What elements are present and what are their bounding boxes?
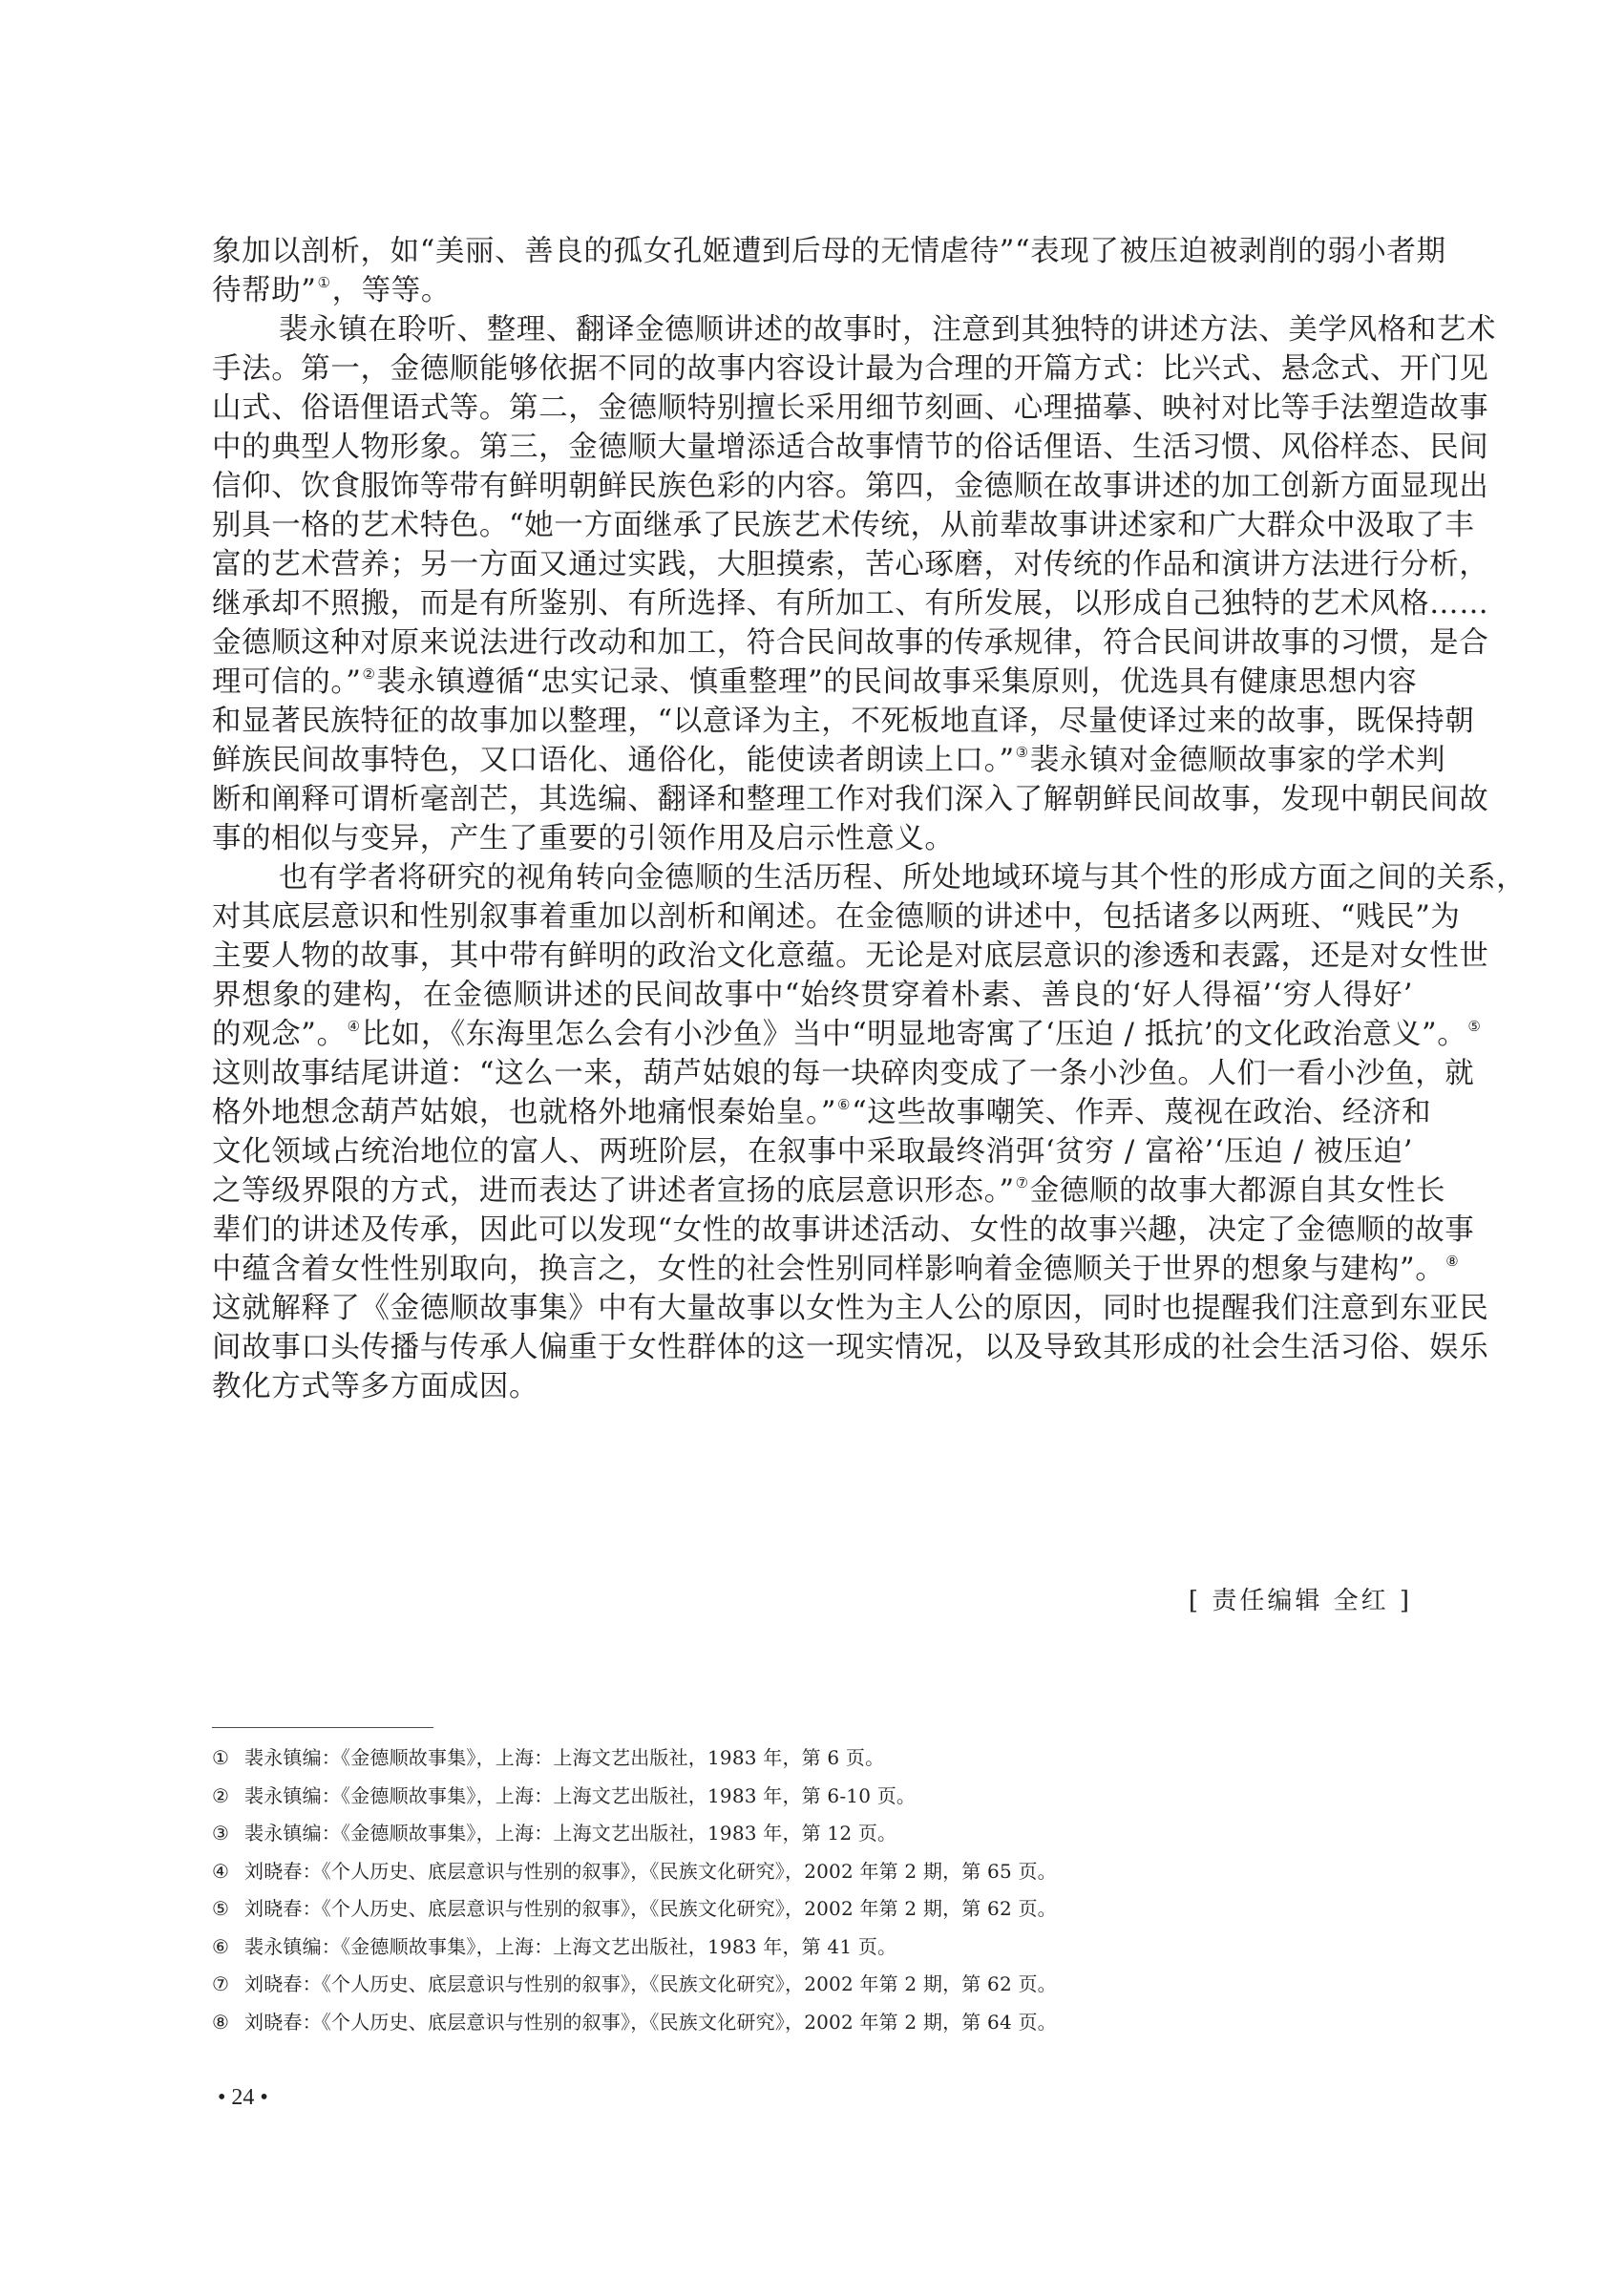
footnote-marker: ⑧ bbox=[212, 2004, 244, 2042]
footnote-item: ④ 刘晓春：《个人历史、底层意识与性别的叙事》，《民族文化研究》，2002 年第… bbox=[212, 1853, 1262, 1891]
text-line: 待帮助”①，等等。 bbox=[212, 271, 1413, 310]
text-line: 文化领域占统治地位的富人、两班阶层，在叙事中采取最终消弭‘贫穷 / 富裕’‘压迫… bbox=[212, 1132, 1413, 1171]
footnote-marker: ⑥ bbox=[212, 1929, 244, 1967]
text-line: 辈们的讲述及传承，因此可以发现“女性的故事讲述活动、女性的故事兴趣，决定了金德顺… bbox=[212, 1211, 1413, 1250]
text-line: 中的典型人物形象。第三，金德顺大量增添适合故事情节的俗话俚语、生活习惯、风俗样态… bbox=[212, 428, 1413, 467]
text-line: 这就解释了《金德顺故事集》中有大量故事以女性为主人公的原因，同时也提醒我们注意到… bbox=[212, 1289, 1413, 1328]
footnote-text: 裴永镇编：《金德顺故事集》，上海：上海文艺出版社，1983 年，第 12 页。 bbox=[244, 1815, 896, 1853]
document-page: 象加以剖析，如“美丽、善良的孤女孔姬遭到后母的无情虐待”“表现了被压迫被剥削的弱… bbox=[0, 0, 1624, 2277]
text-line: 中蕴含着女性性别取向，换言之，女性的社会性别同样影响着金德顺关于世界的想象与建构… bbox=[212, 1250, 1413, 1289]
text-line: 教化方式等多方面成因。 bbox=[212, 1367, 1413, 1406]
text-line: 这则故事结尾讲道：“这么一来，葫芦姑娘的每一块碎肉变成了一条小沙鱼。人们一看小沙… bbox=[212, 1054, 1413, 1093]
footnote-text: 刘晓春：《个人历史、底层意识与性别的叙事》，《民族文化研究》，2002 年第 2… bbox=[244, 2004, 1057, 2042]
footnotes-list: ① 裴永镇编：《金德顺故事集》，上海：上海文艺出版社，1983 年，第 6 页。… bbox=[212, 1739, 1262, 2041]
text-line: 理可信的。”②裴永镇遵循“忠实记录、慎重整理”的民间故事采集原则，优选具有健康思… bbox=[212, 663, 1413, 702]
footnote-reference[interactable]: ⑦ bbox=[1016, 1174, 1029, 1191]
body-paragraph: 裴永镇在聆听、整理、翻译金德顺讲述的故事时，注意到其独特的讲述方法、美学风格和艺… bbox=[212, 310, 1413, 858]
footnote-reference[interactable]: ③ bbox=[1016, 744, 1029, 761]
footnote-item: ⑤ 刘晓春：《个人历史、底层意识与性别的叙事》，《民族文化研究》，2002 年第… bbox=[212, 1890, 1262, 1929]
page-number: • 24 • bbox=[218, 2085, 268, 2111]
text-line: 间故事口头传播与传承人偏重于女性群体的这一现实情况，以及导致其形成的社会生活习俗… bbox=[212, 1328, 1413, 1367]
footnote-text: 刘晓春：《个人历史、底层意识与性别的叙事》，《民族文化研究》，2002 年第 2… bbox=[244, 1966, 1057, 2004]
text-line: 继承却不照搬，而是有所鉴别、有所选择、有所加工、有所发展，以形成自己独特的艺术风… bbox=[212, 584, 1413, 623]
footnote-marker: ④ bbox=[212, 1853, 244, 1891]
text-line: 别具一格的艺术特色。“她一方面继承了民族艺术传统，从前辈故事讲述家和广大群众中汲… bbox=[212, 506, 1413, 545]
footnote-marker: ⑦ bbox=[212, 1966, 244, 2004]
body-paragraph: 也有学者将研究的视角转向金德顺的生活历程、所处地域环境与其个性的形成方面之间的关… bbox=[212, 858, 1413, 1406]
text-line: 裴永镇在聆听、整理、翻译金德顺讲述的故事时，注意到其独特的讲述方法、美学风格和艺… bbox=[212, 310, 1413, 349]
text-line: 信仰、饮食服饰等带有鲜明朝鲜民族色彩的内容。第四，金德顺在故事讲述的加工创新方面… bbox=[212, 467, 1413, 506]
footnote-reference[interactable]: ② bbox=[362, 665, 375, 683]
footnote-reference[interactable]: ① bbox=[318, 274, 331, 291]
footnote-item: ⑧ 刘晓春：《个人历史、底层意识与性别的叙事》，《民族文化研究》，2002 年第… bbox=[212, 2004, 1262, 2042]
text-line: 主要人物的故事，其中带有鲜明的政治文化意蕴。无论是对底层意识的渗透和表露，还是对… bbox=[212, 937, 1413, 976]
text-line: 的观念”。④比如，《东海里怎么会有小沙鱼》当中“明显地寄寓了‘压迫 / 抵抗’的… bbox=[212, 1015, 1413, 1054]
footnote-item: ① 裴永镇编：《金德顺故事集》，上海：上海文艺出版社，1983 年，第 6 页。 bbox=[212, 1739, 1262, 1778]
text-line: 山式、俗语俚语式等。第二，金德顺特别擅长采用细节刻画、心理描摹、映衬对比等手法塑… bbox=[212, 389, 1413, 428]
footnote-item: ③ 裴永镇编：《金德顺故事集》，上海：上海文艺出版社，1983 年，第 12 页… bbox=[212, 1815, 1262, 1853]
text-line: 也有学者将研究的视角转向金德顺的生活历程、所处地域环境与其个性的形成方面之间的关… bbox=[212, 858, 1413, 897]
text-line: 对其底层意识和性别叙事着重加以剖析和阐述。在金德顺的讲述中，包括诸多以两班、“贱… bbox=[212, 897, 1413, 937]
footnote-reference[interactable]: ⑧ bbox=[1445, 1253, 1459, 1270]
footnote-marker: ⑤ bbox=[212, 1890, 244, 1929]
text-line: 事的相似与变异，产生了重要的引领作用及启示性意义。 bbox=[212, 819, 1413, 858]
text-line: 断和阐释可谓析毫剖芒，其选编、翻译和整理工作对我们深入了解朝鲜民间故事，发现中朝… bbox=[212, 780, 1413, 819]
footnote-text: 裴永镇编：《金德顺故事集》，上海：上海文艺出版社，1983 年，第 6-10 页… bbox=[244, 1778, 916, 1816]
text-line: 手法。第一，金德顺能够依据不同的故事内容设计最为合理的开篇方式：比兴式、悬念式、… bbox=[212, 349, 1413, 389]
article-body: 象加以剖析，如“美丽、善良的孤女孔姬遭到后母的无情虐待”“表现了被压迫被剥削的弱… bbox=[212, 232, 1413, 1406]
footnote-reference[interactable]: ④ bbox=[348, 1018, 361, 1035]
responsible-editor-note: [ 责任编辑 全红 ] bbox=[1189, 1581, 1412, 1616]
footnote-reference[interactable]: ⑤ bbox=[1467, 1018, 1481, 1035]
footnote-marker: ① bbox=[212, 1739, 244, 1778]
footnote-text: 裴永镇编：《金德顺故事集》，上海：上海文艺出版社，1983 年，第 41 页。 bbox=[244, 1929, 896, 1967]
text-line: 富的艺术营养；另一方面又通过实践，大胆摸索，苦心琢磨，对传统的作品和演讲方法进行… bbox=[212, 545, 1413, 584]
text-line: 鲜族民间故事特色，又口语化、通俗化，能使读者朗读上口。”③裴永镇对金德顺故事家的… bbox=[212, 741, 1413, 780]
footnote-item: ⑥ 裴永镇编：《金德顺故事集》，上海：上海文艺出版社，1983 年，第 41 页… bbox=[212, 1929, 1262, 1967]
footnote-text: 刘晓春：《个人历史、底层意识与性别的叙事》，《民族文化研究》，2002 年第 2… bbox=[244, 1890, 1057, 1929]
text-line: 之等级界限的方式，进而表达了讲述者宣扬的底层意识形态。”⑦金德顺的故事大都源自其… bbox=[212, 1171, 1413, 1211]
footnote-item: ② 裴永镇编：《金德顺故事集》，上海：上海文艺出版社，1983 年，第 6-10… bbox=[212, 1778, 1262, 1816]
footnote-marker: ② bbox=[212, 1778, 244, 1816]
text-line: 和显著民族特征的故事加以整理，“以意译为主，不死板地直译，尽量使译过来的故事，既… bbox=[212, 702, 1413, 741]
text-line: 界想象的建构，在金德顺讲述的民间故事中“始终贯穿着朴素、善良的‘好人得福’‘穷人… bbox=[212, 976, 1413, 1015]
footnote-reference[interactable]: ⑥ bbox=[837, 1096, 851, 1113]
text-line: 象加以剖析，如“美丽、善良的孤女孔姬遭到后母的无情虐待”“表现了被压迫被剥削的弱… bbox=[212, 232, 1413, 271]
footnote-text: 裴永镇编：《金德顺故事集》，上海：上海文艺出版社，1983 年，第 6 页。 bbox=[244, 1739, 884, 1778]
body-paragraph: 象加以剖析，如“美丽、善良的孤女孔姬遭到后母的无情虐待”“表现了被压迫被剥削的弱… bbox=[212, 232, 1413, 310]
text-line: 格外地想念葫芦姑娘，也就格外地痛恨秦始皇。”⑥“这些故事嘲笑、作弄、蔑视在政治、… bbox=[212, 1093, 1413, 1132]
footnote-separator-rule bbox=[212, 1727, 433, 1728]
footnote-marker: ③ bbox=[212, 1815, 244, 1853]
footnote-text: 刘晓春：《个人历史、底层意识与性别的叙事》，《民族文化研究》，2002 年第 2… bbox=[244, 1853, 1057, 1891]
text-line: 金德顺这种对原来说法进行改动和加工，符合民间故事的传承规律，符合民间讲故事的习惯… bbox=[212, 623, 1413, 663]
footnote-item: ⑦ 刘晓春：《个人历史、底层意识与性别的叙事》，《民族文化研究》，2002 年第… bbox=[212, 1966, 1262, 2004]
